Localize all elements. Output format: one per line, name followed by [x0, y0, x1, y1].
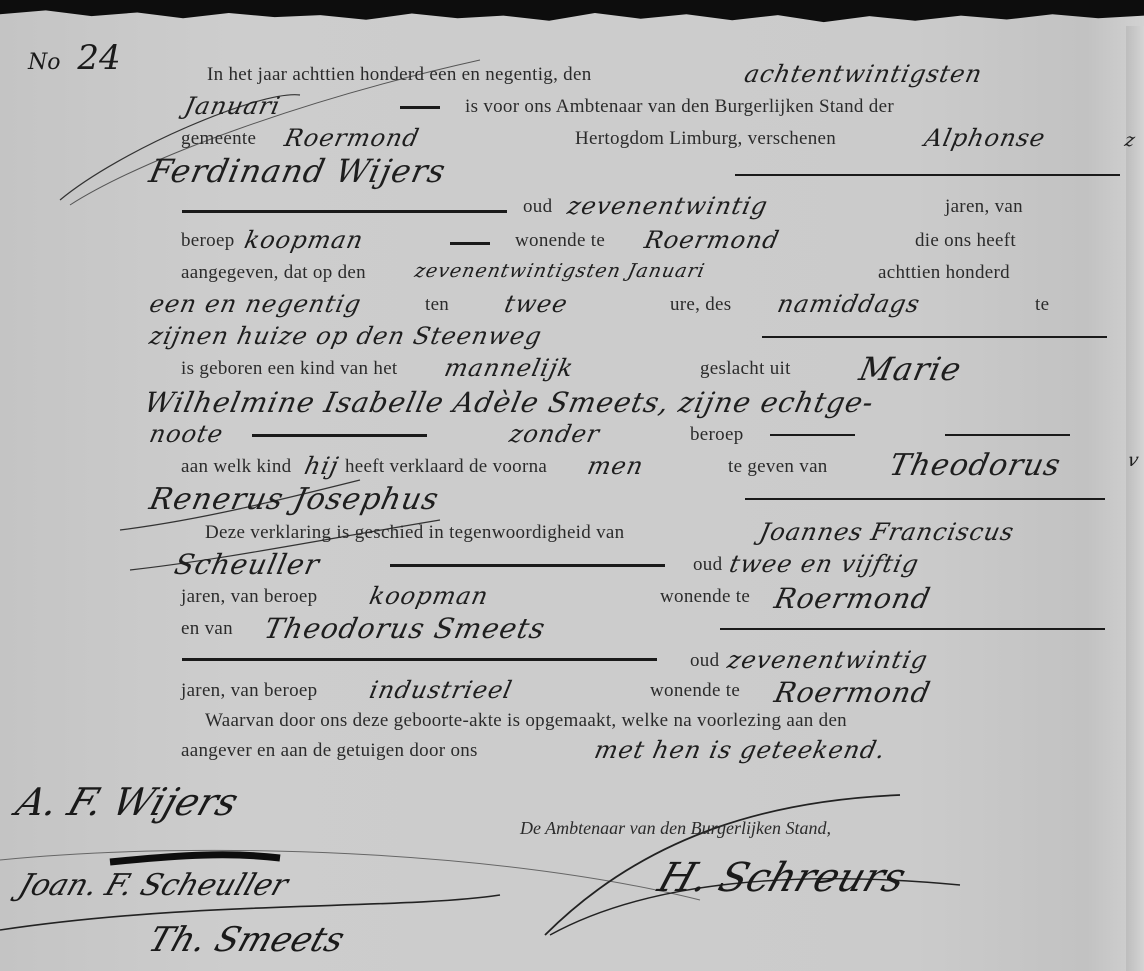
printed-text: is geboren een kind van het — [181, 358, 398, 380]
printed-text: aangegeven, dat op den — [181, 262, 366, 284]
handwritten-text: zevenentwintig — [565, 192, 771, 220]
printed-text: achttien honderd — [878, 262, 1010, 284]
handwritten-text: namiddags — [775, 290, 923, 318]
printed-text: aangever en aan de getuigen door ons — [181, 740, 478, 762]
handwritten-text: Ferdinand Wijers — [146, 152, 450, 190]
printed-text: is voor ons Ambtenaar van den Burgerlijk… — [465, 96, 894, 118]
printed-text: jaren, van — [945, 196, 1023, 218]
printed-text: oud — [690, 650, 719, 672]
printed-text: jaren, van beroep — [181, 586, 317, 608]
record-line: oud zevenentwintig — [0, 646, 1144, 680]
handwritten-text: Roermond — [642, 226, 782, 254]
record-line: Wilhelmine Isabelle Adèle Smeets, zijne … — [0, 388, 1144, 422]
record-line: In het jaar achttien honderd een en nege… — [0, 60, 1144, 94]
record-line: Deze verklaring is geschied in tegenwoor… — [0, 518, 1144, 552]
handwritten-text: koopman — [242, 226, 366, 254]
handwritten-text: Roermond — [771, 676, 933, 709]
handwritten-text: industrieel — [367, 676, 515, 704]
printed-text: Hertogdom Limburg, verschenen — [575, 128, 836, 150]
handwritten-text: zonder — [507, 420, 603, 448]
record-line: zijnen huize op den Steenweg — [0, 322, 1144, 356]
printed-text: ure, des — [670, 294, 732, 316]
handwritten-text: men — [585, 452, 646, 480]
printed-text: heeft verklaard de voorna — [345, 456, 547, 478]
printed-text: gemeente — [181, 128, 256, 150]
handwritten-text: Marie — [856, 350, 965, 388]
record-line: Renerus Josephus — [0, 484, 1144, 518]
printed-text: jaren, van beroep — [181, 680, 317, 702]
signature-witness-2: Th. Smeets — [144, 920, 350, 960]
handwritten-text: Theodorus Smeets — [261, 612, 548, 645]
printed-text: aan welk kind — [181, 456, 291, 478]
record-line: is geboren een kind van het mannelijk ge… — [0, 354, 1144, 388]
handwritten-text: Alphonse — [922, 124, 1048, 152]
handwritten-text: hij — [302, 452, 342, 480]
handwritten-text: Theodorus — [886, 448, 1064, 483]
printed-text: Waarvan door ons deze geboorte-akte is o… — [205, 710, 847, 732]
printed-text: ten — [425, 294, 449, 316]
printed-text: wonende te — [660, 586, 750, 608]
handwritten-text: noote — [147, 420, 226, 448]
printed-text: te geven van — [728, 456, 828, 478]
handwritten-text: met hen is geteekend. — [592, 736, 888, 764]
printed-text: en van — [181, 618, 233, 640]
signature-official: H. Schreurs — [653, 855, 912, 901]
printed-text: die ons heeft — [915, 230, 1016, 252]
official-title-label: De Ambtenaar van den Burgerlijken Stand, — [520, 818, 831, 839]
record-line: Scheuller oud twee en vijftig — [0, 550, 1144, 584]
printed-text: geslacht uit — [700, 358, 791, 380]
record-line: Waarvan door ons deze geboorte-akte is o… — [0, 706, 1144, 740]
handwritten-text: mannelijk — [442, 354, 576, 382]
printed-text: te — [1035, 294, 1049, 316]
record-line: aan welk kind hij heeft verklaard de voo… — [0, 452, 1144, 486]
printed-text: wonende te — [515, 230, 605, 252]
printed-text: oud — [693, 554, 722, 576]
handwritten-text: koopman — [367, 582, 491, 610]
record-line: beroep koopman wonende te Roermond die o… — [0, 226, 1144, 260]
handwritten-text: Wilhelmine Isabelle Adèle Smeets, zijne … — [141, 386, 877, 419]
printed-text: wonende te — [650, 680, 740, 702]
handwritten-text: een en negentig — [147, 290, 364, 318]
record-line: Ferdinand Wijers — [0, 156, 1144, 190]
handwritten-text: Scheuller — [171, 548, 322, 581]
printed-text: Deze verklaring is geschied in tegenwoor… — [205, 522, 624, 544]
handwritten-text: zevenentwintig — [725, 646, 931, 674]
record-line: Januari is voor ons Ambtenaar van den Bu… — [0, 92, 1144, 126]
handwritten-text: Joannes Franciscus — [757, 518, 1017, 546]
handwritten-text: zijnen huize op den Steenweg — [147, 322, 545, 350]
handwritten-text: Renerus Josephus — [146, 482, 442, 517]
printed-text: In het jaar achttien honderd een en nege… — [207, 64, 592, 86]
handwritten-text: Roermond — [282, 124, 422, 152]
handwritten-text: twee — [502, 290, 571, 318]
signature-witness-1: Joan. F. Scheuller — [14, 868, 292, 903]
record-line: jaren, van beroep koopman wonende te Roe… — [0, 582, 1144, 616]
printed-text: beroep — [181, 230, 235, 252]
record-line: een en negentig ten twee ure, des namidd… — [0, 290, 1144, 324]
handwritten-text: achtentwintigsten — [742, 60, 985, 88]
handwritten-text: twee en vijftig — [727, 550, 922, 578]
handwritten-text: zevenentwintigsten Januari — [413, 260, 708, 282]
printed-text: beroep — [690, 424, 744, 446]
record-line: oud zevenentwintig jaren, van — [0, 192, 1144, 226]
record-line: jaren, van beroep industrieel wonende te… — [0, 676, 1144, 710]
handwritten-text: Roermond — [771, 582, 933, 615]
printed-text: oud — [523, 196, 552, 218]
record-line: en van Theodorus Smeets — [0, 614, 1144, 648]
signature-declarant: A. F. Wijers — [11, 780, 244, 824]
record-line: aangegeven, dat op den zevenentwintigste… — [0, 258, 1144, 292]
record-line: aangever en aan de getuigen door ons met… — [0, 736, 1144, 770]
handwritten-text: Januari — [182, 92, 283, 120]
